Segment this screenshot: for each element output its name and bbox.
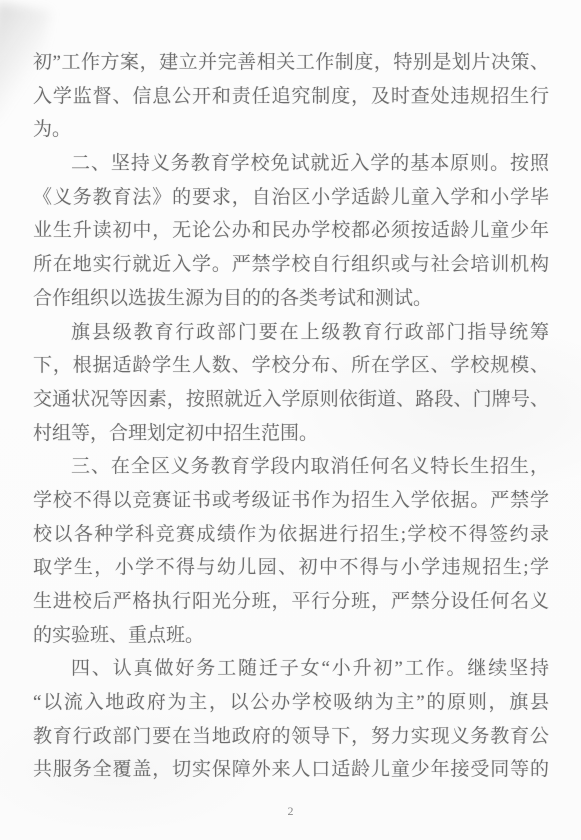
text-line: 村组等，合理划定初中招生范围。 — [33, 417, 549, 451]
text-line: 《义务教育法》的要求，自治区小学适龄儿童入学和小学毕 — [33, 181, 549, 215]
text-line: 学校不得以竞赛证书或考级证书作为招生入学依据。严禁学 — [33, 484, 549, 518]
text-line: 下，根据适龄学生人数、学校分布、所在学区、学校规模、 — [33, 349, 549, 383]
paragraph: 初”工作方案，建立并完善相关工作制度，特别是划片决策、 入学监督、信息公开和责任… — [33, 46, 549, 147]
text-line: 的实验班、重点班。 — [33, 619, 549, 653]
text-line: “以流入地政府为主，以公办学校吸纳为主”的原则，旗县 — [33, 686, 549, 720]
paragraph: 四、认真做好务工随迁子女“小升初”工作。继续坚持 “以流入地政府为主，以公办学校… — [33, 652, 549, 787]
text-line: 入学监督、信息公开和责任追究制度，及时查处违规招生行 — [33, 80, 549, 114]
text-line: 所在地实行就近入学。严禁学校自行组织或与社会培训机构 — [33, 248, 549, 282]
text-line: 业生升读初中，无论公办和民办学校都必须按适龄儿童少年 — [33, 214, 549, 248]
text-line: 取学生，小学不得与幼儿园、初中不得与小学违规招生;学 — [33, 551, 549, 585]
paragraph: 三、在全区义务教育学段内取消任何名义特长生招生， 学校不得以竞赛证书或考级证书作… — [33, 450, 549, 652]
text-line: 教育行政部门要在当地政府的领导下，努力实现义务教育公 — [33, 720, 549, 754]
text-line: 生进校后严格执行阳光分班，平行分班，严禁分设任何名义 — [33, 585, 549, 619]
text-line: 初”工作方案，建立并完善相关工作制度，特别是划片决策、 — [33, 46, 549, 80]
page-number: 2 — [0, 804, 581, 819]
text-line: 旗县级教育行政部门要在上级教育行政部门指导统筹 — [33, 316, 549, 350]
scanned-document-page: 初”工作方案，建立并完善相关工作制度，特别是划片决策、 入学监督、信息公开和责任… — [0, 0, 581, 840]
text-line: 合作组织以选拔生源为目的的各类考试和测试。 — [33, 282, 549, 316]
text-line: 共服务全覆盖，切实保障外来人口适龄儿童少年接受同等的 — [33, 753, 549, 787]
text-line: 四、认真做好务工随迁子女“小升初”工作。继续坚持 — [33, 652, 549, 686]
text-line: 三、在全区义务教育学段内取消任何名义特长生招生， — [33, 450, 549, 484]
text-line: 校以各种学科竞赛成绩作为依据进行招生;学校不得签约录 — [33, 518, 549, 552]
text-line: 二、坚持义务教育学校免试就近入学的基本原则。按照 — [33, 147, 549, 181]
paragraph: 旗县级教育行政部门要在上级教育行政部门指导统筹 下，根据适龄学生人数、学校分布、… — [33, 316, 549, 451]
text-line: 交通状况等因素，按照就近入学原则依街道、路段、门牌号、 — [33, 383, 549, 417]
text-line: 为。 — [33, 113, 549, 147]
document-body-text: 初”工作方案，建立并完善相关工作制度，特别是划片决策、 入学监督、信息公开和责任… — [33, 46, 549, 787]
paragraph: 二、坚持义务教育学校免试就近入学的基本原则。按照 《义务教育法》的要求，自治区小… — [33, 147, 549, 315]
